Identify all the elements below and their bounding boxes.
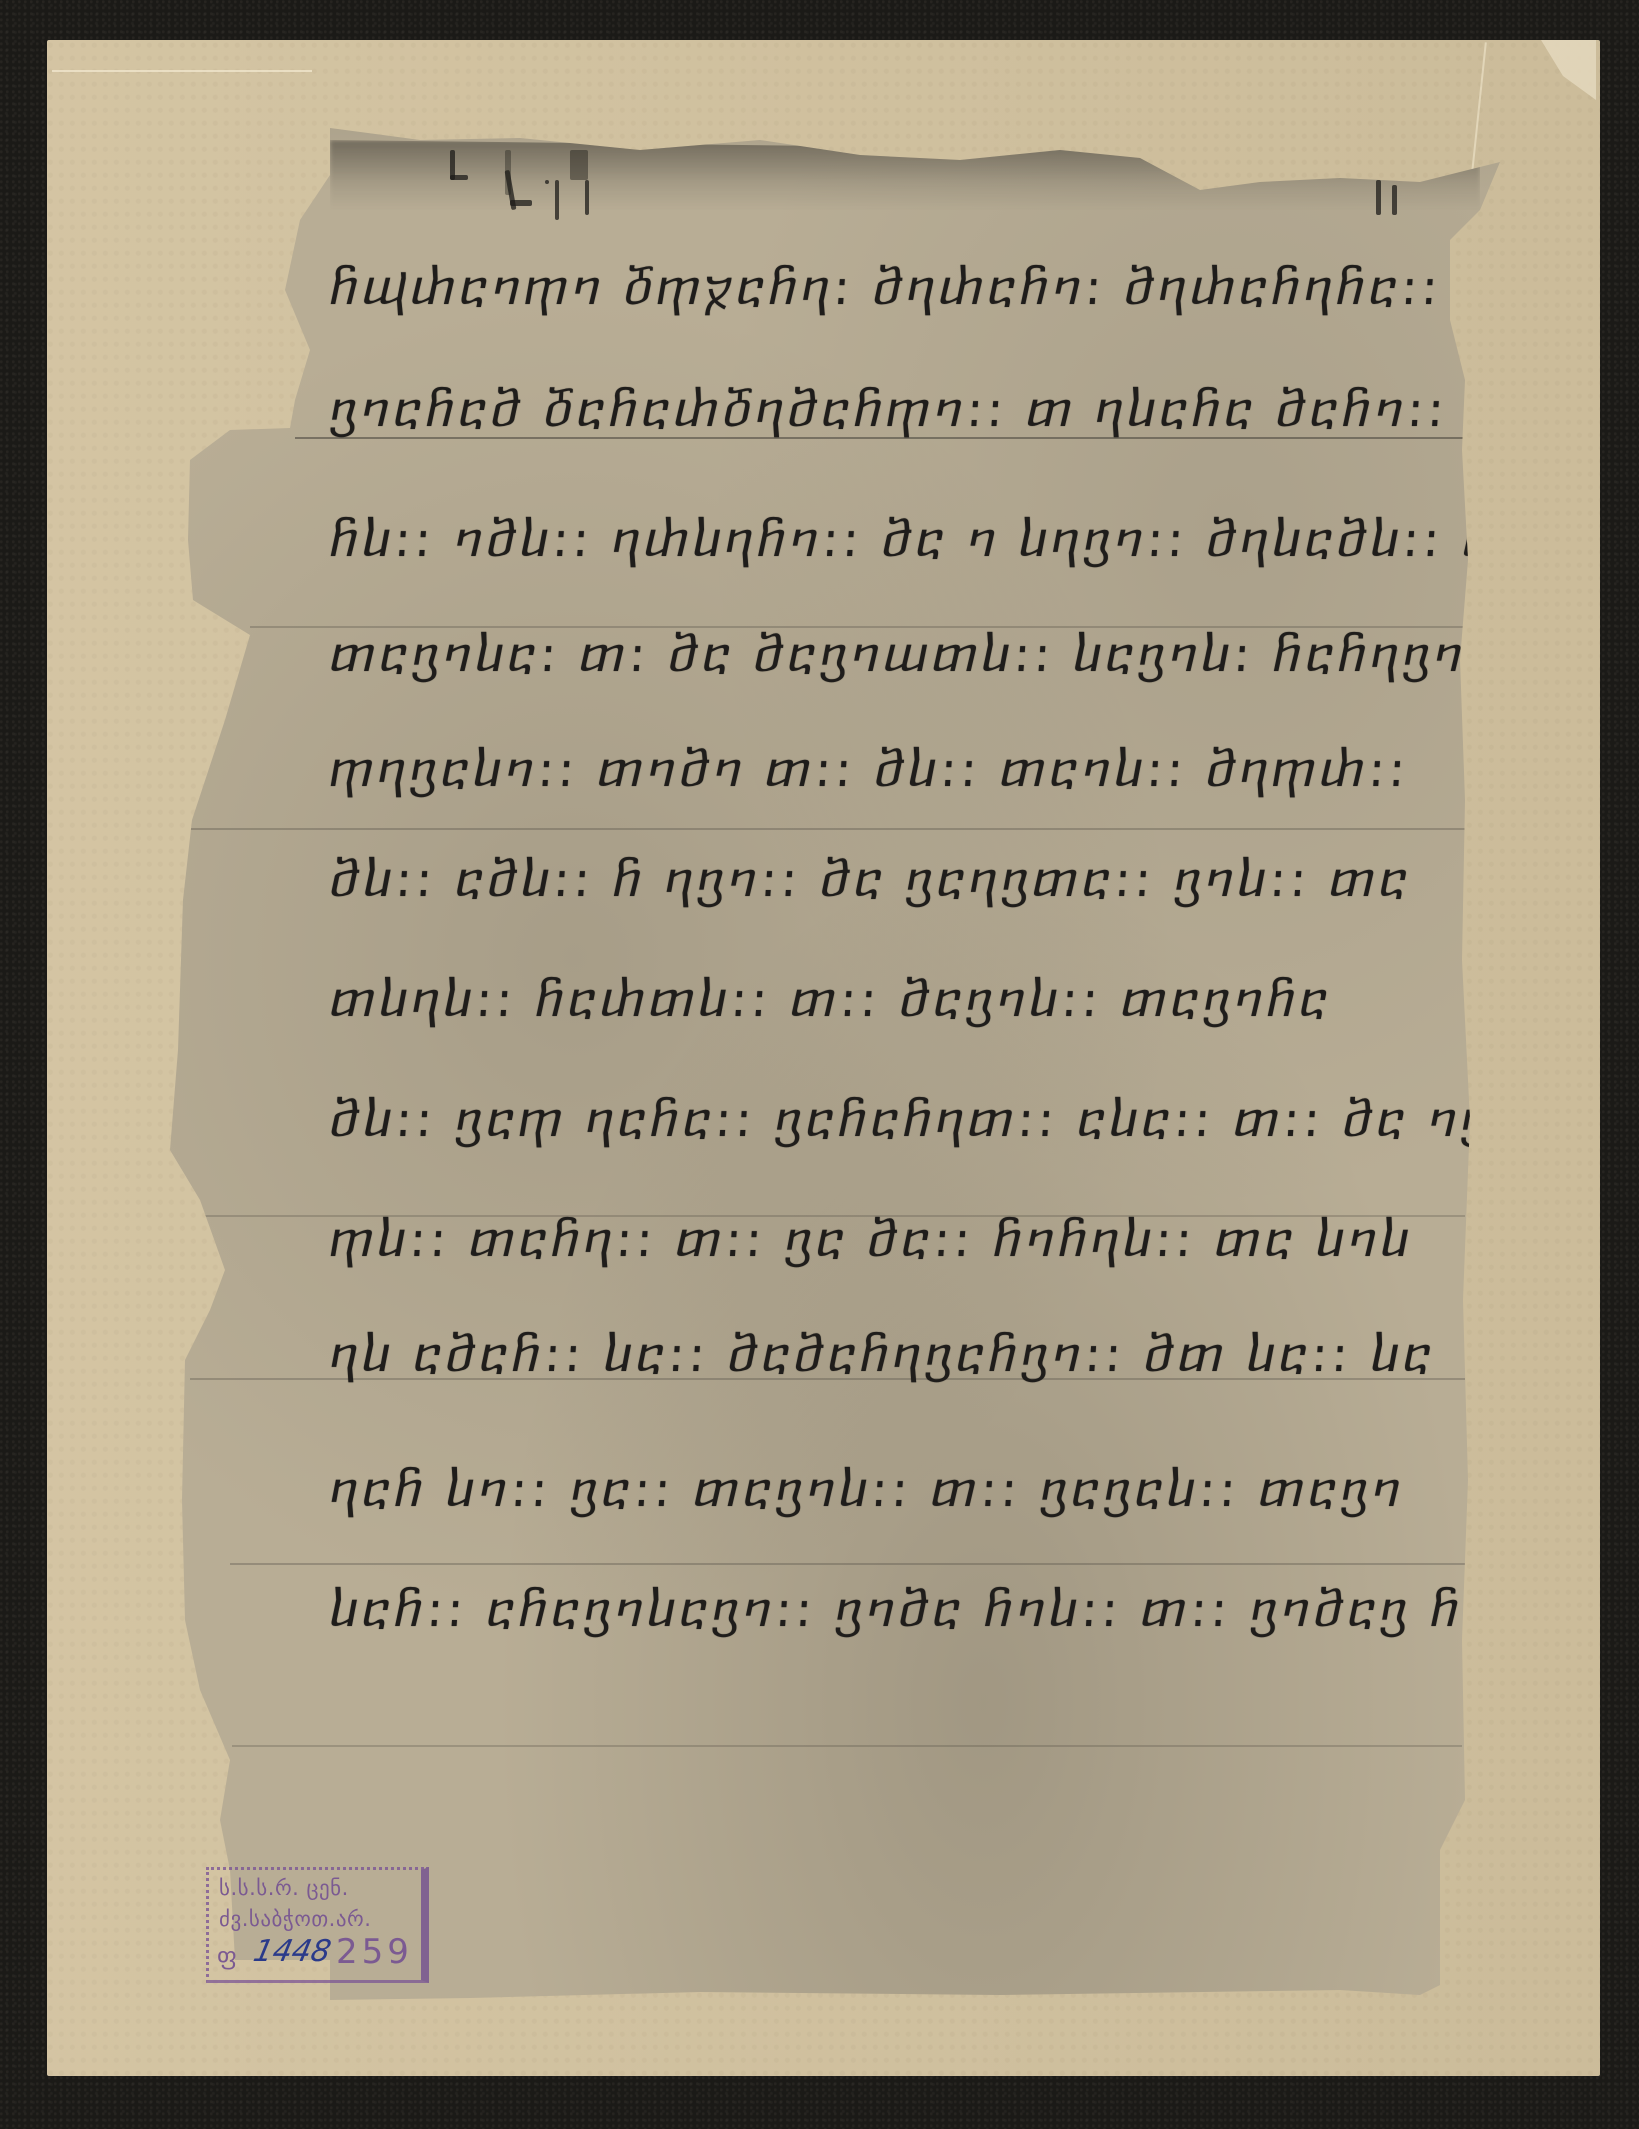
ink-remnant [570, 150, 588, 180]
manuscript-line: ⴄⴀⴌ ⴑⴈ:: ⴂⴀ:: ⴇⴀⴂⴈⴑ:: ⴇ:: ⴂⴀⴂⴀⴑ:: ⴇⴀⴂⴈ [328, 1460, 1452, 1520]
manuscript-line: ⴋⴑ:: ⴀⴋⴑ:: ⴌ ⴄⴂⴈ:: ⴋⴀ ⴂⴀⴄⴂⴇⴀ:: ⴂⴈⴑ:: ⴇⴀ [328, 850, 1452, 910]
stamped-inventory-number: 259 [336, 1932, 413, 1972]
manuscript-line: ⴄⴑ ⴀⴋⴀⴌ:: ⴑⴀ:: ⴋⴀⴋⴀⴌⴄⴂⴀⴌⴂⴈ:: ⴋⴇ ⴑⴀ:: ⴑⴀ [328, 1325, 1452, 1385]
manuscript-line: ⴅⴑ:: ⴇⴀⴌⴄ:: ⴇ:: ⴂⴀ ⴋⴀ:: ⴌⴈⴌⴄⴑ:: ⴇⴀ ⴑⴈⴑ [328, 1210, 1452, 1270]
fold-line [230, 1563, 1465, 1565]
ink-remnant [450, 175, 468, 180]
fold-line [180, 828, 1465, 830]
stamp-fond-prefix: ფ [217, 1942, 237, 1970]
manuscript-line: ⴂⴈⴀⴌⴀⴋ ⴃⴀⴌⴀⴐⴃⴄⴋⴀⴌⴅⴈ:: ⴇ ⴄⴑⴀⴌⴀ ⴋⴀⴌⴈ:: ⴄⴀⴂ… [328, 380, 1452, 440]
stamp-line-1: ს.ს.ს.რ. ცენ. [219, 1876, 349, 1900]
archive-stamp: ს.ს.ს.რ. ცენ. ძვ.საბჭოთ.არ. ფ 1448 259 [206, 1867, 429, 1983]
ink-remnant [505, 150, 511, 195]
manuscript-line: ⴑⴀⴌ:: ⴀⴌⴀⴂⴈⴑⴀⴂⴈ:: ⴂⴈⴋⴀ ⴌⴈⴑ:: ⴇ:: ⴂⴈⴋⴀⴂ ⴌ… [328, 1580, 1452, 1640]
manuscript-line: ⴅⴄⴂⴀⴑⴈ:: ⴇⴈⴋⴈ ⴇ:: ⴋⴑ:: ⴇⴀⴈⴑ:: ⴋⴄⴅⴐ:: [328, 740, 1452, 800]
manuscript-line: ⴇⴑⴄⴑ:: ⴌⴀⴐⴇⴑ:: ⴇ:: ⴋⴀⴂⴈⴑ:: ⴇⴀⴂⴈⴌⴀ [328, 970, 1452, 1030]
ink-remnant [555, 180, 559, 220]
handwritten-inventory-number: 1448 [250, 1934, 334, 1969]
ink-remnant [510, 200, 532, 206]
mount-crease [52, 70, 312, 72]
manuscript-line: ⴇⴀⴂⴈⴑⴀ: ⴇ: ⴋⴀ ⴋⴀⴂⴈⴍⴇⴑ:: ⴑⴀⴂⴈⴑ: ⴌⴀⴌⴄⴂⴈⴑⴀ:… [328, 625, 1452, 685]
manuscript-line: ⴌⴓⴐⴀⴈⴅⴈ ⴃⴅⴟⴀⴌⴄ: ⴋⴄⴐⴀⴌⴈ: ⴋⴄⴐⴀⴌⴄⴌⴀ:: ⴀⴌⴀ ⴑ… [328, 258, 1452, 318]
stamp-line-2: ძვ.საბჭოთ.არ. [219, 1907, 371, 1931]
manuscript-line: ⴌⴑ:: ⴈⴋⴑ:: ⴄⴐⴑⴄⴌⴈ:: ⴋⴀ ⴈ ⴑⴄⴂⴈ:: ⴋⴄⴑⴀⴋⴑ::… [328, 510, 1452, 570]
fold-line [232, 1745, 1462, 1747]
manuscript-line: ⴋⴑ:: ⴂⴀⴅ ⴄⴀⴌⴀ:: ⴂⴀⴌⴀⴌⴄⴇ:: ⴀⴑⴀ:: ⴇ:: ⴋⴀ ⴈ… [328, 1090, 1452, 1150]
mount-corner-fold [1541, 40, 1596, 100]
ink-remnant [1376, 180, 1381, 215]
ink-remnant [1392, 185, 1397, 215]
ink-remnant [585, 180, 589, 215]
